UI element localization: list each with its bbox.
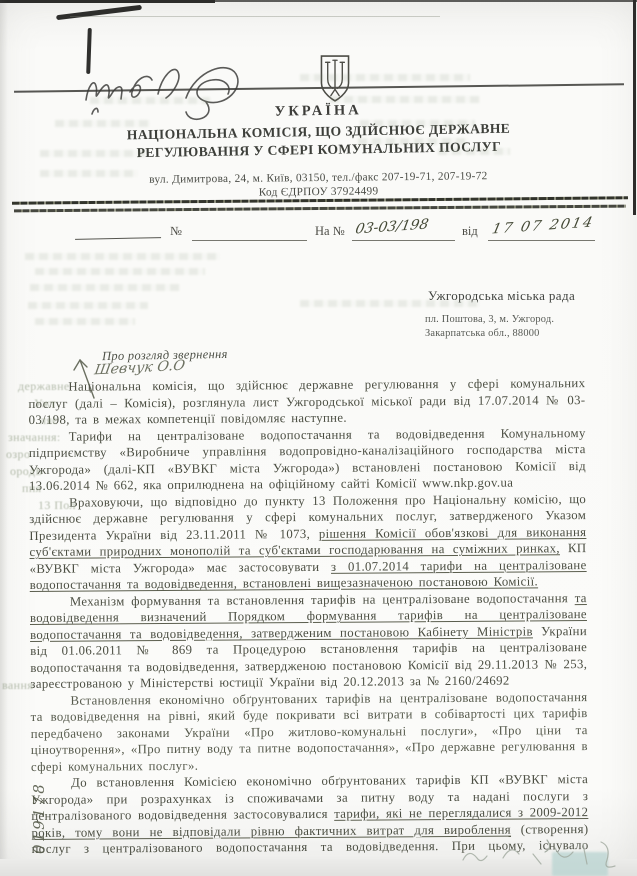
- bleed-artifact: [358, 138, 468, 145]
- outgoing-number-label: №: [170, 224, 182, 239]
- bleed-fragment: 13 Пол: [38, 498, 76, 513]
- incoming-number-label: На №: [315, 224, 345, 239]
- bleed-fragment: озро: [6, 447, 30, 462]
- bleed-artifact: [438, 148, 510, 155]
- body-paragraph-2: Тарифи на централізоване водопостачання …: [29, 425, 586, 495]
- bleed-artifact: [360, 120, 475, 127]
- body-paragraph-4: Механізм формування та встановлення тари…: [30, 590, 588, 693]
- recipient-address-line2: Закарпатська обл., 88000: [425, 328, 540, 339]
- letter-body: Національна комісія, що здійснює державн…: [28, 375, 588, 874]
- bleed-artifact: [330, 96, 480, 103]
- bleed-fragment: вання: [2, 678, 33, 693]
- bleed-artifact: [90, 97, 210, 104]
- bleed-artifact: [30, 284, 180, 291]
- letterhead-separator-rule-bottom: [14, 205, 626, 212]
- body-paragraph-1: Національна комісія, що здійснює державн…: [28, 375, 585, 428]
- bleed-artifact: [300, 74, 470, 81]
- bleed-fragment: Ужт: [34, 396, 56, 411]
- scan-top-edge-dark: [0, 0, 215, 3]
- bleed-artifact: [55, 120, 150, 127]
- outgoing-number-blank-line: [192, 226, 307, 241]
- p5-text: Встановлення економічно обґрунтованих та…: [31, 690, 588, 774]
- registration-stamp-number: 019178: [30, 782, 48, 854]
- bleed-fragment: ородЬ: [10, 464, 43, 479]
- bleed-fragment: значання:: [8, 430, 61, 445]
- pen-mark-diagonal: [56, 5, 142, 20]
- bleed-fragment: пня: [22, 481, 42, 496]
- body-paragraph-3: Враховуючи, що відповідно до пункту 13 П…: [29, 491, 587, 594]
- p1-text: Національна комісія, що здійснює державн…: [28, 376, 585, 427]
- bleed-artifact: [40, 170, 138, 177]
- bleed-artifact: [28, 302, 148, 309]
- body-paragraph-5: Встановлення економічно обґрунтованих та…: [30, 689, 588, 775]
- recipient-address-line1: пл. Поштова, 3, м. Ужгород.: [425, 314, 554, 325]
- scan-faint-line: [70, 16, 440, 17]
- incoming-date-label: від: [462, 224, 478, 239]
- p4-text-pre: Механізм формування та встановлення тари…: [70, 591, 575, 609]
- bleed-artifact: [25, 253, 220, 260]
- p2-text: Тарифи на централізоване водопостачання …: [29, 426, 586, 493]
- bleed-artifact: [35, 318, 135, 325]
- bleed-artifact: [300, 300, 480, 307]
- bleed-fragment: ляє: [40, 413, 58, 428]
- bleed-fragment: державне: [18, 379, 70, 394]
- bleed-artifact: [40, 150, 145, 157]
- bleed-artifact: [35, 268, 205, 275]
- resolution-handwritten: Шевчук О.О: [93, 358, 186, 379]
- outgoing-date-blank-line: [75, 231, 161, 240]
- faint-pencil-squiggle: [455, 834, 630, 876]
- scanned-letter-page: УКРАЇНА НАЦІОНАЛЬНА КОМІСІЯ, ЩО ЗДІЙСНЮЄ…: [0, 0, 637, 876]
